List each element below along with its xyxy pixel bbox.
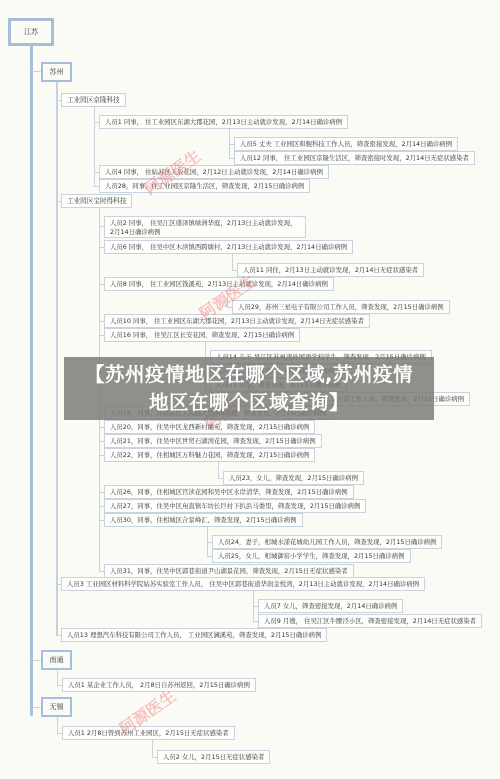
case-node[interactable]: 人员29，苏州三星电子有限公司工作人员，筛查发现，2月15日确诊病例 — [232, 300, 450, 314]
city-node-wuxi[interactable]: 无锡 — [41, 697, 72, 717]
case-node[interactable]: 人员24，妻子，相城水漾花城幼儿园工作人员，筛查发现，2月15日确诊病例 — [212, 535, 442, 549]
case-node[interactable]: 人员5 丈夫 工业园区和舰科技工作人员，筛查密接发现，2月14日确诊病例 — [234, 137, 458, 151]
case-node[interactable]: 人员12 同事， 住工业园区京隆生活区，筛查密接时发现，2月14日无症状感染者 — [234, 151, 475, 165]
case-node[interactable]: 人员20，同事，住吴中区龙西新村蘭苑，筛查发现，2月15日确诊病例 — [104, 420, 315, 434]
case-node[interactable]: 人员11 同住，2月13日主动就诊发现，2月14日无症状感染者 — [237, 263, 424, 277]
connector — [31, 707, 41, 708]
group-node-jinglong[interactable]: 工业园区京隆科技 — [61, 93, 126, 107]
banner-line-1: 【苏州疫情地区在哪个区域,苏州疫情 — [64, 361, 434, 389]
case-node[interactable]: 人员2 同事， 住吴江区盛泽镇绿洲华庭，2月13日主动就诊发现，2月14日确诊病… — [104, 216, 306, 238]
connector — [57, 716, 58, 733]
case-node[interactable]: 人员4 同事， 住姑苏区天辰花园，2月12日主动就诊发现，2月14日确诊病例 — [99, 165, 329, 179]
case-node[interactable]: 人员6 同事， 住吴中区木渎镇西跨塘村，2月13日主动就诊发现，2月14日确诊病… — [104, 240, 353, 254]
connector — [218, 462, 219, 478]
city-node-suzhou[interactable]: 苏州 — [41, 62, 72, 82]
case-node[interactable]: 人员2 女儿，2月15日无症状感染者 — [157, 750, 270, 764]
banner-line-2: 地区在哪个区域查询】 — [64, 389, 434, 417]
group-node-baoshide[interactable]: 工业园区宝时得科技 — [61, 194, 132, 208]
root-node-jiangsu[interactable]: 江苏 — [8, 18, 54, 46]
connector — [94, 106, 95, 186]
trunk-line — [30, 45, 33, 716]
case-node[interactable]: 人员25，女儿，相城御窑小学学生，筛查发现，2月15日确诊病例 — [212, 549, 411, 563]
connector — [152, 740, 153, 757]
connector — [31, 71, 41, 72]
title-banner: 【苏州疫情地区在哪个区域,苏州疫情 地区在哪个区域查询】 — [64, 357, 434, 420]
case-node[interactable]: 人员10 同事， 住工业园区东湖大郡花园，2月13日主动就诊发现，2月14日无症… — [104, 314, 370, 328]
connector — [57, 669, 58, 685]
connector — [31, 660, 41, 661]
case-node[interactable]: 人员7 女儿，筛查密接发现，2月14日确诊病例 — [258, 599, 403, 613]
case-node[interactable]: 人员16 同事， 住吴江区长安花园，筛查发现，2月15日确诊病例 — [104, 328, 300, 342]
case-node[interactable]: 人员26，同事，住相城区官渎花园和吴中区水岸清华，筛查发现，2月15日确诊病例 — [104, 485, 354, 499]
city-node-nantong[interactable]: 南通 — [41, 650, 72, 670]
case-node[interactable]: 人员23，女儿，筛查发现，2月15日确诊病例 — [223, 471, 364, 485]
case-node[interactable]: 人员28，同事，住工业园区京隆生活区，筛查发现，2月15日确诊病例 — [99, 179, 310, 193]
case-node[interactable]: 人员31，同事，住吴中区郭巷街道尹山湖景花园，筛查发现，2月15日无症状感染者 — [104, 564, 354, 578]
case-node[interactable]: 人员1 同事， 住工业园区东湖大郡花园，2月13日主动就诊发现，2月14日确诊病… — [99, 115, 348, 129]
connector — [227, 291, 228, 307]
case-node[interactable]: 人员13 理想汽车科技有限公司工作人员， 工业园区澜溪苑，筛查发现，2月15日确… — [61, 628, 327, 642]
suzhou-branch-line — [56, 81, 58, 636]
case-node[interactable]: 人员9 月嫂， 住吴江区牛腰泾小区，筛查密接发现，2月14日无症状感染者 — [258, 614, 482, 628]
case-node[interactable]: 人员8 同事， 住工业园区钱溪苑，2月13日主动就诊发现，2月14日确诊病例 — [104, 277, 334, 291]
case-node[interactable]: 人员1 2月8日曾到苏州工业园区，2月15日无症状感染者 — [62, 726, 235, 740]
case-node[interactable]: 人员22，同事，住相城区万科魅力花园，筛查发现，2月15日确诊病例 — [104, 448, 315, 462]
case-node[interactable]: 人员21，同事，住吴中区世贸石湖湾花园，筛查发现，2月15日确诊病例 — [104, 434, 322, 448]
case-node[interactable]: 人员30，同事，住相城区合景峰汇，筛查发现，2月15日确诊病例 — [104, 513, 303, 527]
case-node[interactable]: 人员3 工业园区材料科学院姑苏实验室工作人员， 住吴中区郭巷街道华润金悦湾，2月… — [61, 577, 425, 591]
case-node[interactable]: 人员27，同事，住吴中区甪直镇车坊长巨村下扒浜马娄里，筛查发现，2月15日确诊病… — [104, 499, 366, 513]
connector — [232, 254, 233, 270]
case-node[interactable]: 人员1 某企业工作人员， 2月8日自苏州返回，2月15日确诊病例 — [62, 678, 256, 692]
